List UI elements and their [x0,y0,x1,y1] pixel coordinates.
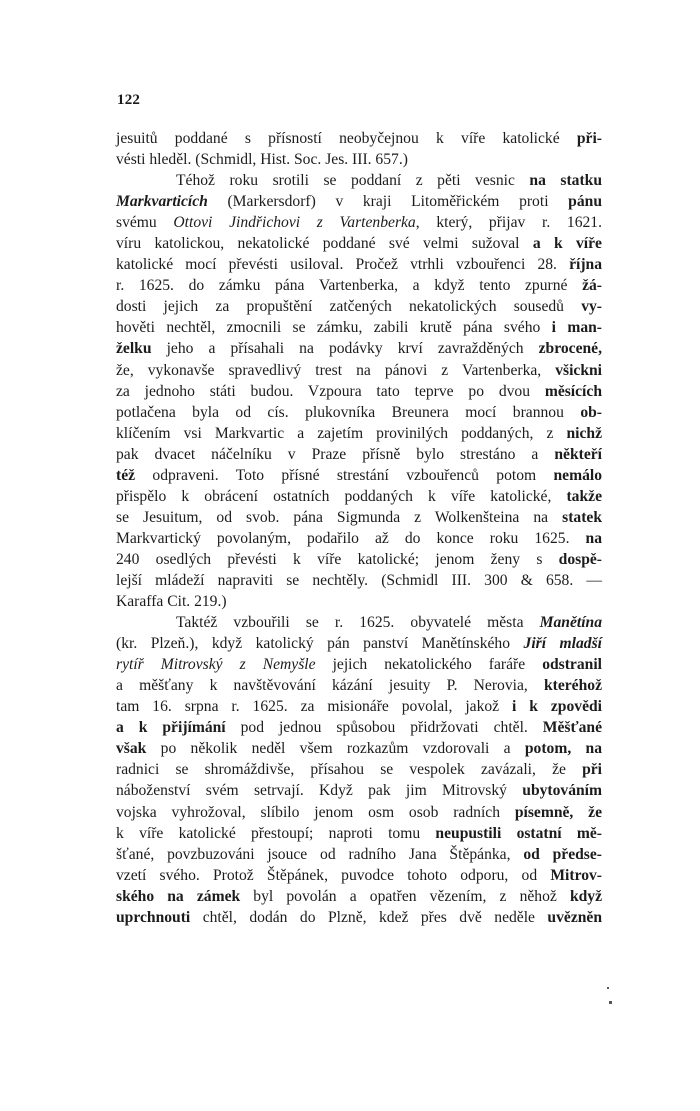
text-segment: neupustili ostatní mě- [435,825,602,842]
text-segment: lejší mládeží napraviti se nechtěly. (Sc… [116,572,602,589]
text-segment: svému [116,214,173,231]
text-line: r. 1625. do zámku pána Vartenberka, a kd… [116,275,602,296]
page-number: 122 [117,92,140,109]
text-segment: na statku [529,172,602,189]
text-segment: dosti jejich za propuštění zatčených nek… [116,298,581,315]
text-segment: za jednoho státi budou. Vzpoura tato tep… [116,383,545,400]
text-segment: i k zpovědi [512,698,602,715]
text-segment: r. 1625. do zámku pána Vartenberka, a kd… [116,277,582,294]
text-segment: nemálo [553,467,602,484]
scan-speck [609,1001,612,1004]
text-line: za jednoho státi budou. Vzpoura tato tep… [116,381,602,402]
text-segment: vésti hleděl. (Schmidl, Hist. Soc. Jes. … [116,151,408,168]
text-segment: pak dvacet náčelníku v Praze přísně bylo… [116,446,554,463]
text-segment: a k víře [533,235,602,252]
text-line: víru katolickou, nekatolické poddané své… [116,233,602,254]
text-segment: jesuitů poddané s přísností neobyčejnou … [116,130,577,147]
text-segment: vojska vyhrožoval, slíbilo jenom osm oso… [116,804,515,821]
text-segment: pod jednou spůsobou přidržovati chtěl. [226,719,543,736]
text-line: tam 16. srpna r. 1625. za misionáře povo… [116,696,602,717]
text-line: Markvartický povolaným, podařilo až do k… [116,528,602,549]
text-segment: na [586,530,602,547]
text-segment: Karaffa Cit. 219.) [116,593,227,610]
text-segment: , který, přijav r. 1621. [416,214,602,231]
text-line: a měšťany k navštěvování kázání jesuity … [116,675,602,696]
text-segment: žá- [582,277,602,294]
text-segment: Mitrov- [550,867,602,884]
text-segment: že, vykonavše spravedlivý trest na pánov… [116,362,555,379]
text-segment: ob- [580,404,602,421]
text-line: pak dvacet náčelníku v Praze přísně bylo… [116,444,602,465]
text-segment: od předse- [523,846,602,863]
text-segment: odstranil [542,656,602,673]
text-line: k víře katolické přestoupí; naproti tomu… [116,823,602,844]
text-segment: dospě- [559,551,602,568]
text-line: vésti hleděl. (Schmidl, Hist. Soc. Jes. … [116,149,602,170]
text-line: 240 osedlých převésti k víře katolické; … [116,549,602,570]
text-segment: jeho a přísahali na podávky krví zavražd… [152,340,539,357]
text-segment: se Jesuitum, od svob. pána Sigmunda z Wo… [116,509,562,526]
text-line: přispělo k obrácení ostatních poddaných … [116,486,602,507]
text-segment: hověti nechtěl, zmocnili se zámku, zabil… [116,319,552,336]
text-segment: potlačena byla od cís. plukovníka Breune… [116,404,580,421]
text-segment: když [570,888,602,905]
text-segment: Téhož roku srotili se poddaní z pěti ves… [176,172,529,189]
text-line: rytíř Mitrovský z Nemyšle jejich nekatol… [116,654,602,675]
text-segment: Markvartický povolaným, podařilo až do k… [116,530,586,547]
text-segment: pánu [568,193,602,210]
text-segment: přispělo k obrácení ostatních poddaných … [116,488,566,505]
body-text: jesuitů poddané s přísností neobyčejnou … [116,128,602,928]
text-segment: zbrocené, [539,340,602,357]
text-segment: jejich nekatolického faráře [316,656,543,673]
text-line: hověti nechtěl, zmocnili se zámku, zabil… [116,317,602,338]
text-line: katolické mocí převésti usiloval. Pročež… [116,254,602,275]
text-segment: též [116,467,135,484]
text-line: (kr. Plzeň.), když katolický pán panství… [116,633,602,654]
text-line: Karaffa Cit. 219.) [116,591,602,612]
text-line: lejší mládeží napraviti se nechtěly. (Sc… [116,570,602,591]
text-line: svému Ottovi Jindřichovi z Vartenberka, … [116,212,602,233]
text-segment: při [582,761,602,778]
text-line: náboženství svém setrvají. Když pak jim … [116,780,602,801]
text-segment: vzetí svého. Protož Štěpánek, puvodce to… [116,867,550,884]
text-segment: takže [566,488,602,505]
text-line: a k přijímání pod jednou spůsobou přidrž… [116,717,602,738]
text-segment: 240 osedlých převésti k víře katolické; … [116,551,559,568]
text-segment: ubytováním [522,782,602,799]
text-line: Taktéž vzbouřili se r. 1625. obyvatelé m… [116,612,602,633]
text-segment: víru katolickou, nekatolické poddané své… [116,235,533,252]
text-segment: katolické mocí převésti usiloval. Pročež… [116,256,569,273]
text-segment: uprchnouti [116,909,190,926]
text-segment: Markvarticích [116,193,208,210]
text-segment: uvězněn [547,909,602,926]
text-segment: náboženství svém setrvají. Když pak jim … [116,782,522,799]
text-segment: tam 16. srpna r. 1625. za misionáře povo… [116,698,512,715]
text-segment: odpraveni. Toto přísné strestání vzbouře… [135,467,553,484]
text-segment: k víře katolické přestoupí; naproti tomu [116,825,435,842]
text-line: ského na zámek byl povolán a opatřen věz… [116,886,602,907]
text-segment: všicknі [555,362,602,379]
text-segment: po několik neděl všem rozkazům vzdoroval… [146,740,525,757]
text-line: šťané, povzbuzováni jsouce od radního Ja… [116,844,602,865]
text-line: klíčením vsi Markvartic a zajetím provin… [116,423,602,444]
text-line: však po několik neděl všem rozkazům vzdo… [116,738,602,759]
text-segment: Manětína [540,614,602,631]
text-segment: želku [116,340,152,357]
text-segment: při- [577,130,602,147]
text-line: vojska vyhrožoval, slíbilo jenom osm oso… [116,802,602,823]
text-line: že, vykonavše spravedlivý trest na pánov… [116,360,602,381]
book-page: 122 jesuitů poddané s přísností neobyčej… [0,0,700,1111]
text-segment: šťané, povzbuzováni jsouce od radního Ja… [116,846,523,863]
text-segment: klíčením vsi Markvartic a zajetím provin… [116,425,566,442]
text-segment: (kr. Plzeň.), když katolický pán panství… [116,635,524,652]
text-segment: vy- [581,298,602,315]
text-segment: měsících [545,383,602,400]
text-segment: rytíř Mitrovský z Nemyšle [116,656,316,673]
text-segment: nichž [566,425,602,442]
text-segment: i man- [552,319,602,336]
text-line: vzetí svého. Protož Štěpánek, puvodce to… [116,865,602,886]
text-line: Markvarticích (Markersdorf) v kraji Lito… [116,191,602,212]
text-segment: chtěl, dodán do Plzně, kdež přes dvě ned… [190,909,547,926]
text-segment: Ottovi Jindřichovi z Vartenberka [173,214,415,231]
text-segment: někteří [554,446,602,463]
text-line: Téhož roku srotili se poddaní z pěti ves… [116,170,602,191]
text-segment: ského na zámek [116,888,240,905]
text-segment: a k přijímání [116,719,226,736]
text-line: jesuitů poddané s přísností neobyčejnou … [116,128,602,149]
text-segment: písemně, že [515,804,602,821]
text-segment: a měšťany k navštěvování kázání jesuity … [116,677,544,694]
text-segment: statek [562,509,602,526]
text-segment: Jiří mladší [524,635,602,652]
text-line: uprchnouti chtěl, dodán do Plzně, kdež p… [116,907,602,928]
text-line: se Jesuitum, od svob. pána Sigmunda z Wo… [116,507,602,528]
text-segment: (Markersdorf) v kraji Litoměřickém proti [208,193,568,210]
text-segment: byl povolán a opatřen vězením, z něhož [240,888,570,905]
text-segment: Taktéž vzbouřili se r. 1625. obyvatelé m… [176,614,540,631]
scan-speck [607,987,609,989]
text-line: želku jeho a přísahali na podávky krví z… [116,338,602,359]
text-line: potlačena byla od cís. plukovníka Breune… [116,402,602,423]
text-line: dosti jejich za propuštění zatčených nek… [116,296,602,317]
text-segment: potom, na [525,740,602,757]
text-segment: Měšťané [543,719,602,736]
text-line: radnici se shromáždivše, přísahou se ves… [116,759,602,780]
text-segment: však [116,740,146,757]
text-segment: radnici se shromáždivše, přísahou se ves… [116,761,582,778]
text-line: též odpraveni. Toto přísné strestání vzb… [116,465,602,486]
text-segment: kteréhož [544,677,602,694]
text-segment: října [569,256,602,273]
